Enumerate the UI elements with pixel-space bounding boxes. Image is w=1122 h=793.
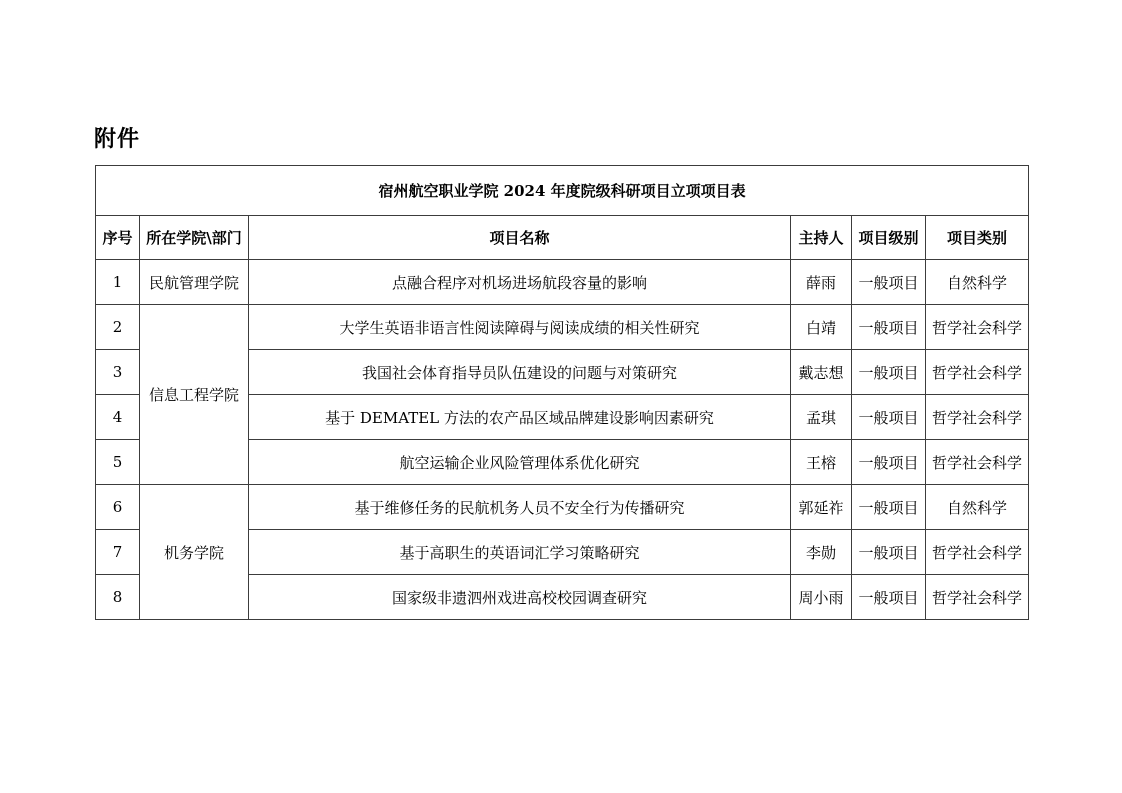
project-cell: 基于维修任务的民航机务人员不安全行为传播研究 xyxy=(249,485,791,530)
host-cell: 王榕 xyxy=(791,440,852,485)
category-cell: 哲学社会科学 xyxy=(926,305,1029,350)
category-cell: 哲学社会科学 xyxy=(926,575,1029,620)
column-header-seq: 序号 xyxy=(96,216,140,260)
column-header-level: 项目级别 xyxy=(852,216,926,260)
column-header-dept: 所在学院\部门 xyxy=(140,216,249,260)
seq-cell: 1 xyxy=(96,260,140,305)
projects-table: 宿州航空职业学院 2024 年度院级科研项目立项项目表 序号 所在学院\部门 项… xyxy=(95,165,1029,620)
level-cell: 一般项目 xyxy=(852,440,926,485)
category-cell: 哲学社会科学 xyxy=(926,395,1029,440)
column-header-category: 项目类别 xyxy=(926,216,1029,260)
table-row: 6 机务学院 基于维修任务的民航机务人员不安全行为传播研究 郭延祚 一般项目 自… xyxy=(96,485,1029,530)
level-cell: 一般项目 xyxy=(852,260,926,305)
host-cell: 周小雨 xyxy=(791,575,852,620)
attachment-label: 附件 xyxy=(94,122,140,153)
seq-cell: 4 xyxy=(96,395,140,440)
project-cell: 国家级非遗泗州戏进高校校园调查研究 xyxy=(249,575,791,620)
dept-cell: 民航管理学院 xyxy=(140,260,249,305)
project-cell: 基于 DEMATEL 方法的农产品区域品牌建设影响因素研究 xyxy=(249,395,791,440)
project-cell: 点融合程序对机场进场航段容量的影响 xyxy=(249,260,791,305)
seq-cell: 6 xyxy=(96,485,140,530)
host-cell: 孟琪 xyxy=(791,395,852,440)
column-header-host: 主持人 xyxy=(791,216,852,260)
level-cell: 一般项目 xyxy=(852,350,926,395)
category-cell: 自然科学 xyxy=(926,485,1029,530)
table-title-row: 宿州航空职业学院 2024 年度院级科研项目立项项目表 xyxy=(96,166,1029,216)
project-cell: 基于高职生的英语词汇学习策略研究 xyxy=(249,530,791,575)
host-cell: 白靖 xyxy=(791,305,852,350)
project-cell: 大学生英语非语言性阅读障碍与阅读成绩的相关性研究 xyxy=(249,305,791,350)
table-title: 宿州航空职业学院 2024 年度院级科研项目立项项目表 xyxy=(96,166,1029,216)
project-cell: 航空运输企业风险管理体系优化研究 xyxy=(249,440,791,485)
column-header-project: 项目名称 xyxy=(249,216,791,260)
category-cell: 哲学社会科学 xyxy=(926,530,1029,575)
host-cell: 戴志想 xyxy=(791,350,852,395)
level-cell: 一般项目 xyxy=(852,305,926,350)
seq-cell: 8 xyxy=(96,575,140,620)
level-cell: 一般项目 xyxy=(852,530,926,575)
table-row: 2 信息工程学院 大学生英语非语言性阅读障碍与阅读成绩的相关性研究 白靖 一般项… xyxy=(96,305,1029,350)
level-cell: 一般项目 xyxy=(852,575,926,620)
dept-cell: 信息工程学院 xyxy=(140,305,249,485)
dept-cell: 机务学院 xyxy=(140,485,249,620)
level-cell: 一般项目 xyxy=(852,485,926,530)
seq-cell: 2 xyxy=(96,305,140,350)
level-cell: 一般项目 xyxy=(852,395,926,440)
table-header-row: 序号 所在学院\部门 项目名称 主持人 项目级别 项目类别 xyxy=(96,216,1029,260)
host-cell: 薛雨 xyxy=(791,260,852,305)
host-cell: 李勋 xyxy=(791,530,852,575)
project-cell: 我国社会体育指导员队伍建设的问题与对策研究 xyxy=(249,350,791,395)
category-cell: 哲学社会科学 xyxy=(926,440,1029,485)
seq-cell: 5 xyxy=(96,440,140,485)
seq-cell: 3 xyxy=(96,350,140,395)
seq-cell: 7 xyxy=(96,530,140,575)
category-cell: 哲学社会科学 xyxy=(926,350,1029,395)
category-cell: 自然科学 xyxy=(926,260,1029,305)
host-cell: 郭延祚 xyxy=(791,485,852,530)
table-row: 1 民航管理学院 点融合程序对机场进场航段容量的影响 薛雨 一般项目 自然科学 xyxy=(96,260,1029,305)
